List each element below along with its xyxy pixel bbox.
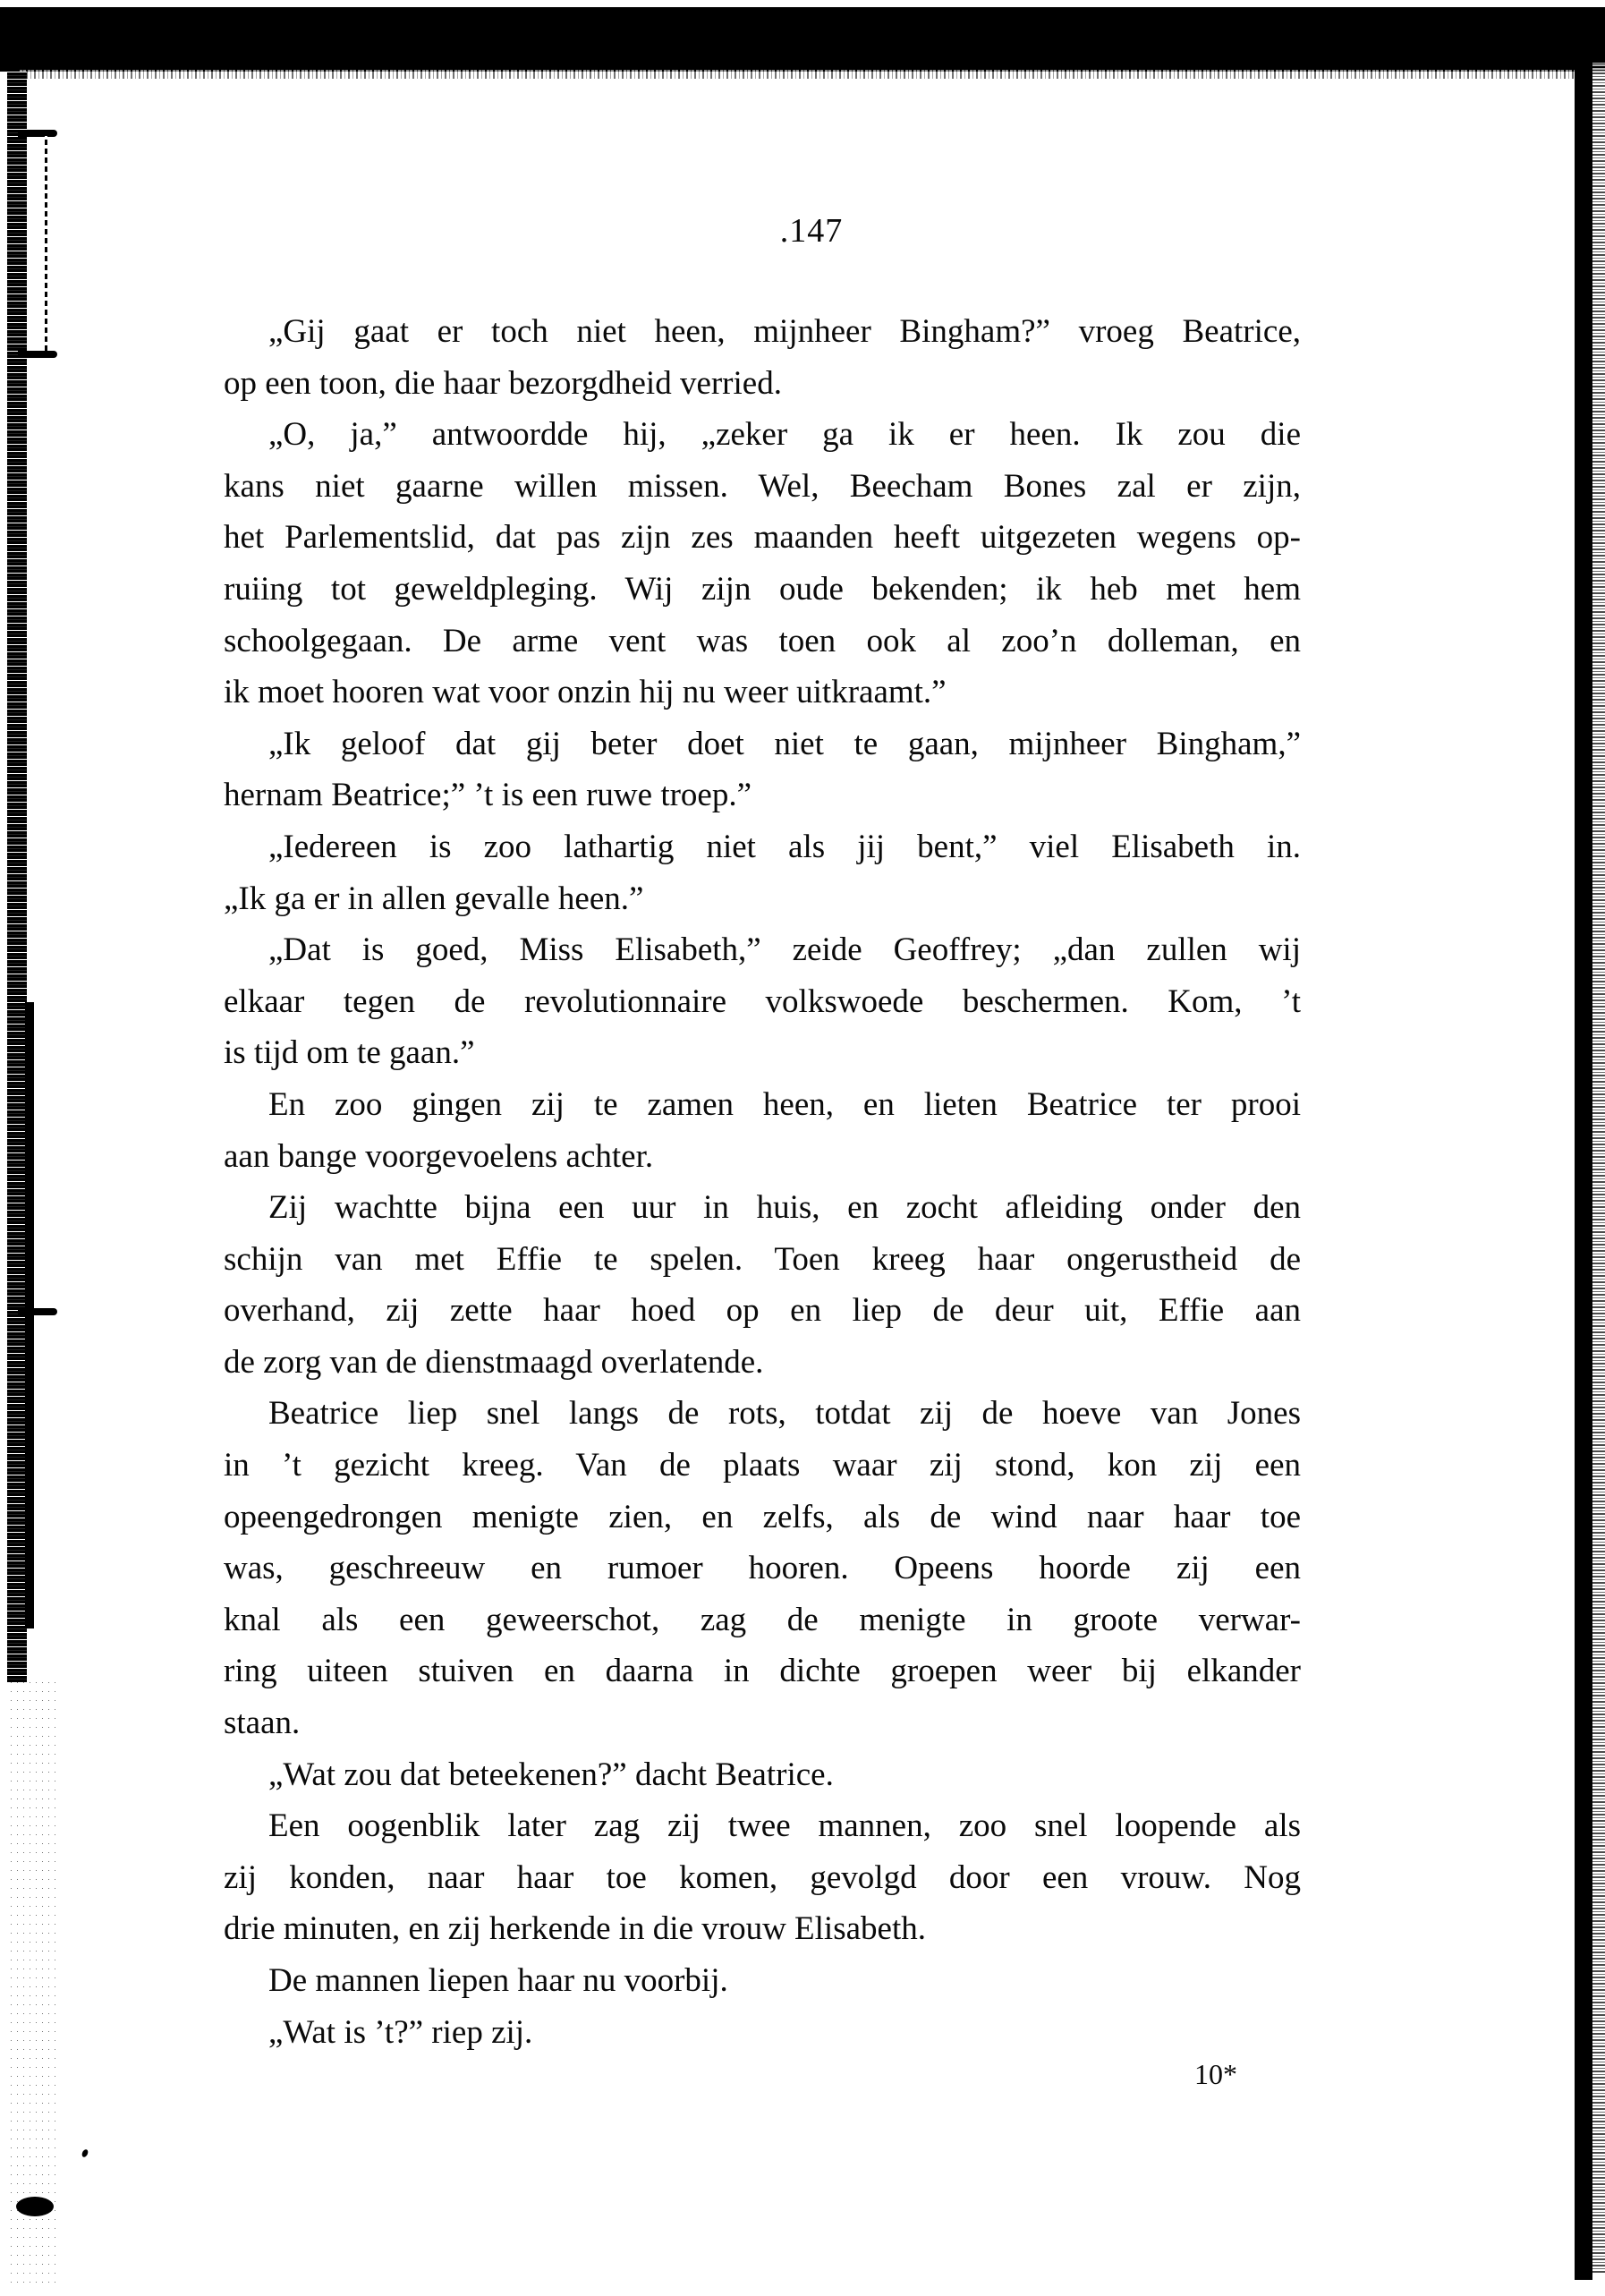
ink-speck bbox=[81, 2148, 89, 2158]
text-line: Een oogenblik later zag zij twee mannen,… bbox=[224, 1800, 1301, 1852]
ink-blot bbox=[16, 2197, 54, 2216]
scan-border-top bbox=[0, 7, 1605, 72]
text-line: staan. bbox=[224, 1697, 1301, 1749]
text-line: is tijd om te gaan.” bbox=[224, 1027, 1301, 1079]
text-line: „Ik geloof dat gij beter doet niet te ga… bbox=[224, 719, 1301, 770]
text-line: drie minuten, en zij herkende in die vro… bbox=[224, 1903, 1301, 1955]
text-line: „Iedereen is zoo lathartig niet als jij … bbox=[224, 821, 1301, 873]
scan-border-top-fade bbox=[18, 70, 1575, 79]
scan-binding-left bbox=[7, 72, 27, 1682]
text-line: knal als een geweerschot, zag de menigte… bbox=[224, 1594, 1301, 1646]
page-number: .147 bbox=[0, 211, 1605, 251]
text-line: de zorg van de dienstmaagd overlatende. bbox=[224, 1337, 1301, 1389]
binding-clip-mark bbox=[18, 130, 57, 137]
text-line: aan bange voorgevoelens achter. bbox=[224, 1131, 1301, 1183]
text-line: kans niet gaarne willen missen. Wel, Bee… bbox=[224, 461, 1301, 513]
text-line: was, geschreeuw en rumoer hooren. Opeens… bbox=[224, 1543, 1301, 1594]
text-line: zij konden, naar haar toe komen, gevolgd… bbox=[224, 1852, 1301, 1904]
text-line: in ’t gezicht kreeg. Van de plaats waar … bbox=[224, 1440, 1301, 1492]
text-line: „Wat is ’t?” riep zij. bbox=[224, 2007, 1301, 2059]
body-text: „Gij gaat er toch niet heen, mijnheer Bi… bbox=[224, 306, 1301, 2058]
text-line: het Parlementslid, dat pas zijn zes maan… bbox=[224, 512, 1301, 564]
scan-border-right bbox=[1575, 7, 1592, 2280]
text-line: „Gij gaat er toch niet heen, mijnheer Bi… bbox=[224, 306, 1301, 358]
text-line: schijn van met Effie te spelen. Toen kre… bbox=[224, 1234, 1301, 1286]
text-line: „Dat is goed, Miss Elisabeth,” zeide Geo… bbox=[224, 924, 1301, 976]
text-line: „Wat zou dat beteekenen?” dacht Beatrice… bbox=[224, 1749, 1301, 1801]
text-line: overhand, zij zette haar hoed op en liep… bbox=[224, 1285, 1301, 1337]
text-line: Zij wachtte bijna een uur in huis, en zo… bbox=[224, 1182, 1301, 1234]
text-line: En zoo gingen zij te zamen heen, en liet… bbox=[224, 1079, 1301, 1131]
text-line: elkaar tegen de revolutionnaire volkswoe… bbox=[224, 976, 1301, 1028]
text-line: ruiing tot geweldpleging. Wij zijn oude … bbox=[224, 564, 1301, 616]
text-line: ik moet hooren wat voor onzin hij nu wee… bbox=[224, 667, 1301, 719]
text-line: hernam Beatrice;” ’t is een ruwe troep.” bbox=[224, 770, 1301, 821]
signature-mark: 10* bbox=[1194, 2058, 1237, 2091]
text-line: De mannen liepen haar nu voorbij. bbox=[224, 1955, 1301, 2007]
scan-binding-left-lower bbox=[25, 1002, 34, 1628]
text-line: opeengedrongen menigte zien, en zelfs, a… bbox=[224, 1492, 1301, 1543]
text-line: Beatrice liep snel langs de rots, totdat… bbox=[224, 1388, 1301, 1440]
text-line: schoolgegaan. De arme vent was toen ook … bbox=[224, 616, 1301, 668]
text-line: „O, ja,” antwoordde hij, „zeker ga ik er… bbox=[224, 409, 1301, 461]
binding-clip-mark bbox=[18, 1308, 57, 1315]
text-line: „Ik ga er in allen gevalle heen.” bbox=[224, 873, 1301, 925]
scan-border-right-speckle bbox=[1592, 63, 1605, 2273]
text-line: op een toon, die haar bezorgdheid verrie… bbox=[224, 358, 1301, 410]
binding-clip-mark bbox=[18, 351, 57, 358]
text-line: ring uiteen stuiven en daarna in dichte … bbox=[224, 1645, 1301, 1697]
